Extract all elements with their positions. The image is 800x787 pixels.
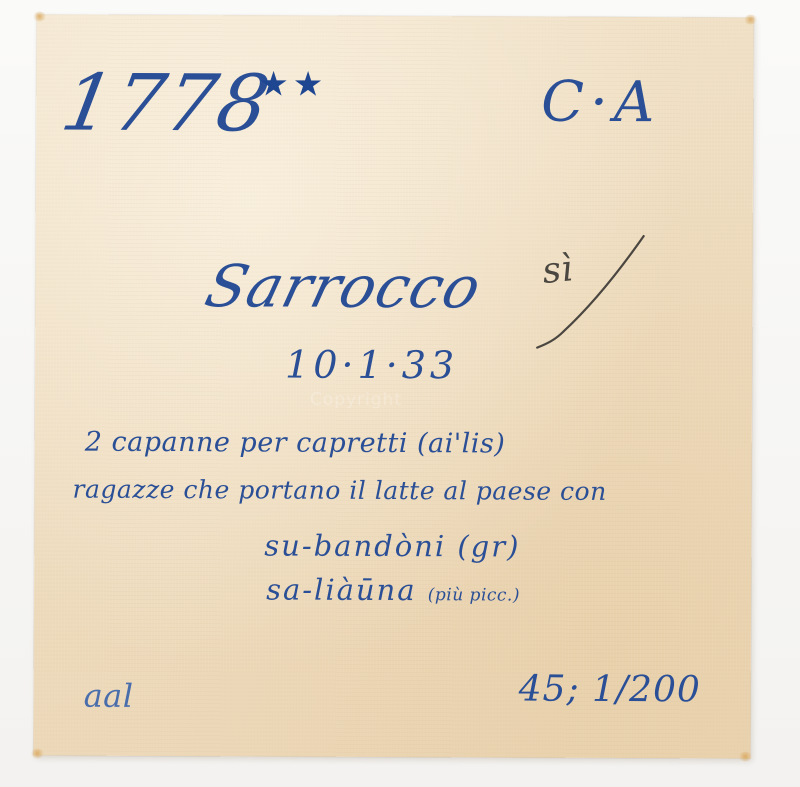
catalog-number: 1778 <box>56 65 277 144</box>
footer-initials: aal <box>84 680 134 712</box>
note-line-1: 2 capanne per capretti (ai'lis) <box>85 429 506 458</box>
catalog-card: 1778 ★★ C·A Sarrocco 10·1·33 sì Copyrigh… <box>33 14 753 758</box>
footer-reference: 45; 1/200 <box>519 672 701 709</box>
corner-stain-top-left <box>33 11 47 21</box>
note-line-4: sa-liàūna (più picc.) <box>266 575 520 605</box>
corner-stain-top-right <box>744 15 758 25</box>
note-qualifier: (più picc.) <box>428 585 520 605</box>
note-term: sa-liàūna <box>266 572 417 607</box>
note-line-2: ragazze che portano il latte al paese co… <box>72 477 606 504</box>
corner-stain-bottom-right <box>738 752 752 762</box>
star-rating-icon: ★★ <box>258 67 327 101</box>
pencil-annotation: sì <box>541 251 574 290</box>
note-line-3: su-bandòni (gr) <box>264 531 520 561</box>
photo-background: 1778 ★★ C·A Sarrocco 10·1·33 sì Copyrigh… <box>0 0 800 787</box>
watermark: Copyright <box>310 390 402 410</box>
corner-stain-bottom-left <box>30 748 44 758</box>
record-date: 10·1·33 <box>285 346 458 385</box>
place-name: Sarrocco <box>200 257 487 316</box>
collection-code: C·A <box>541 75 660 132</box>
